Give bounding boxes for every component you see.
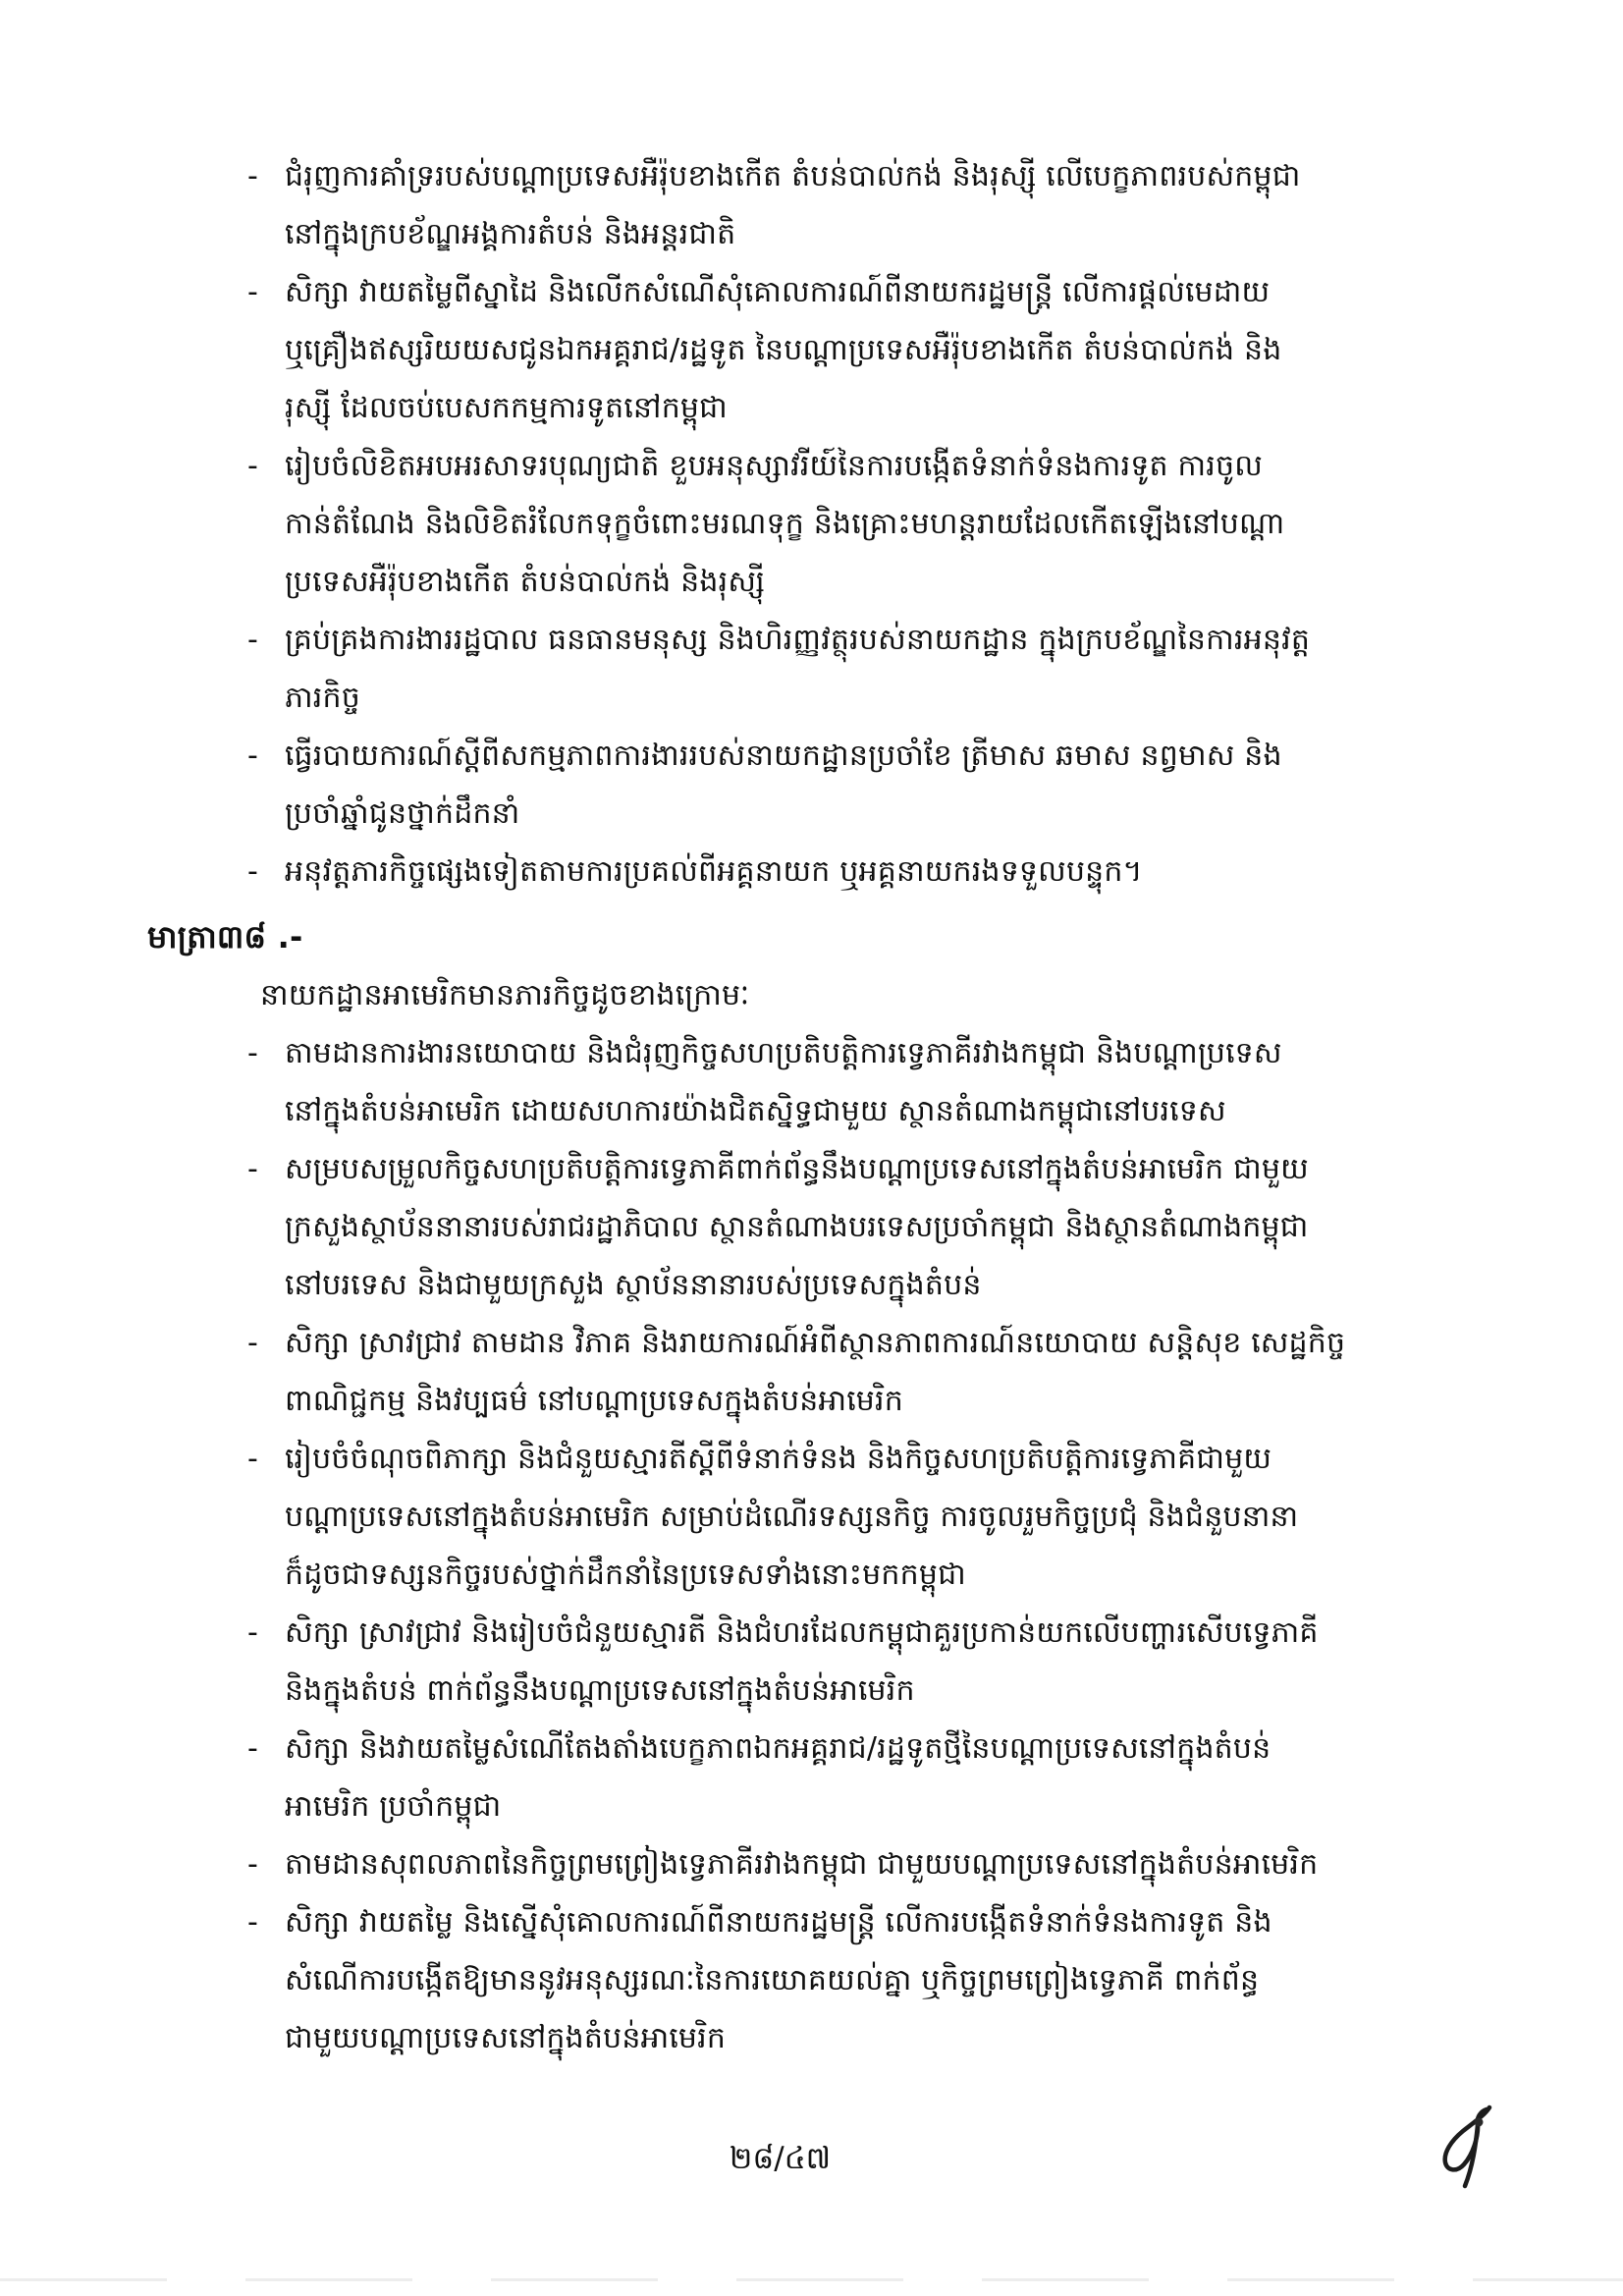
bullet-continuation-line: រុស្ស៊ី ដែលចប់បេសកកម្មការទូតនៅកម្ពុជា: [0, 379, 1623, 437]
bullet-marker: -: [247, 1604, 285, 1662]
bullet-continuation-line: ប្រទេសអឺរ៉ុបខាងកើត តំបន់បាល់កង់ និងរុស្ស…: [0, 553, 1623, 611]
bullet-continuation-line: ឬគ្រឿងឥស្សរិយយសជូនឯកអគ្គរាជ/រដ្ឋទូត នៃបណ…: [0, 321, 1623, 379]
bullet-marker: -: [247, 611, 285, 669]
bullet-item: -សិក្សា វាយតម្លៃ និងស្នើសុំគោលការណ៍ពីនាយ…: [0, 1893, 1623, 1951]
bullet-line-text: សិក្សា ស្រាវជ្រាវ និងរៀបចំជំនួយស្មារតី ន…: [285, 1615, 1319, 1650]
bullet-item: -សិក្សា ស្រាវជ្រាវ និងរៀបចំជំនួយស្មារតី …: [0, 1604, 1623, 1662]
bullet-line-text: តាមដានការងារនយោបាយ និងជំរុញកិច្ចសហប្រតិប…: [285, 1036, 1282, 1070]
bullet-continuation-line: និងក្នុងតំបន់ ពាក់ព័ន្ធនឹងបណ្តាប្រទេសនៅក…: [0, 1662, 1623, 1720]
bullet-marker: -: [247, 263, 285, 321]
bullet-item: -គ្រប់គ្រងការងាររដ្ឋបាល ធនធានមនុស្ស និងហ…: [0, 611, 1623, 669]
bullet-marker: -: [247, 1024, 285, 1082]
bullet-continuation-line: នៅក្នុងតំបន់អាមេរិក ដោយសហការយ៉ាងជិតស្និទ…: [0, 1082, 1623, 1140]
bullet-line-text: សិក្សា វាយតម្លៃ និងស្នើសុំគោលការណ៍ពីនាយក…: [285, 1905, 1272, 1940]
bullet-continuation-line: នៅក្នុងក្របខ័ណ្ឌអង្គការតំបន់ និងអន្តរជាត…: [0, 205, 1623, 263]
bullet-line-text: ធ្វើរបាយការណ៍ស្តីពីសកម្មភាពការងាររបស់នាយ…: [285, 738, 1282, 773]
bullet-marker: -: [247, 1893, 285, 1951]
bullet-item: -សិក្សា ស្រាវជ្រាវ តាមដាន វិភាគ និងរាយកា…: [0, 1314, 1623, 1372]
bullet-marker: -: [247, 727, 285, 785]
bullet-continuation-line: សំណើការបង្កើតឱ្យមាននូវអនុស្សរណៈនៃការយោគយ…: [0, 1951, 1623, 2009]
bullet-marker: -: [247, 1835, 285, 1893]
bullet-continuation-line: ប្រចាំឆ្នាំជូនថ្នាក់ដឹកនាំ: [0, 785, 1623, 843]
bullet-line-text: រៀបចំចំណុចពិភាក្សា និងជំនួយស្មារតីស្តីពី…: [285, 1442, 1271, 1476]
bullet-item: -រៀបចំចំណុចពិភាក្សា និងជំនួយស្មារតីស្តីព…: [0, 1430, 1623, 1488]
bullet-continuation-line: ក្រសួងស្ថាប័ននានារបស់រាជរដ្ឋាភិបាល ស្ថាន…: [0, 1198, 1623, 1256]
bullet-marker: -: [247, 1140, 285, 1198]
bullet-continuation-line: នៅបរទេស និងជាមួយក្រសួង ស្ថាប័ននានារបស់ប្…: [0, 1256, 1623, 1314]
bullet-item: -តាមដានការងារនយោបាយ និងជំរុញកិច្ចសហប្រតិ…: [0, 1024, 1623, 1082]
bullet-marker: -: [247, 1430, 285, 1488]
bullet-marker: -: [247, 147, 285, 205]
bullet-item: -តាមដានសុពលភាពនៃកិច្ចព្រមព្រៀងទ្វេភាគីរវ…: [0, 1835, 1623, 1893]
bullet-line-text: ជំរុញការគាំទ្ររបស់បណ្តាប្រទេសអឺរ៉ុបខាងកើ…: [285, 159, 1301, 193]
bullet-item: -ធ្វើរបាយការណ៍ស្តីពីសកម្មភាពការងាររបស់នា…: [0, 727, 1623, 785]
bullet-line-text: អនុវត្តភារកិច្ចផ្សេងទៀតតាមការប្រគល់ពីអគ្…: [285, 854, 1143, 889]
bullet-line-text: សិក្សា វាយតម្លៃពីស្នាដៃ និងលើកសំណើសុំគោល…: [285, 275, 1270, 309]
scan-artifact-line: [0, 2278, 1623, 2281]
bullet-item: -សិក្សា និងវាយតម្លៃសំណើតែងតាំងបេក្ខភាពឯក…: [0, 1720, 1623, 1777]
intro-line: នាយកដ្ឋានអាមេរិកមានភារកិច្ចដូចខាងក្រោមៈ: [0, 966, 1623, 1024]
bullet-line-text: តាមដានសុពលភាពនៃកិច្ចព្រមព្រៀងទ្វេភាគីរវា…: [285, 1847, 1318, 1882]
article-heading: មាត្រា៣៨ .-: [0, 908, 1623, 966]
bullet-item: -ជំរុញការគាំទ្ររបស់បណ្តាប្រទេសអឺរ៉ុបខាងក…: [0, 147, 1623, 205]
bullet-item: -រៀបចំលិខិតអបអរសាទរបុណ្យជាតិ ខួបអនុស្សាវ…: [0, 437, 1623, 495]
bullet-continuation-line: កាន់តំណែង និងលិខិតរំលែកទុក្ខចំពោះមរណទុក្…: [0, 495, 1623, 553]
bullet-marker: -: [247, 437, 285, 495]
bullet-line-text: សម្របសម្រួលកិច្ចសហប្រតិបត្តិការទ្វេភាគីព…: [285, 1152, 1309, 1186]
bullet-continuation-line: ជាមួយបណ្តាប្រទេសនៅក្នុងតំបន់អាមេរិក: [0, 2009, 1623, 2067]
bullet-continuation-line: ពាណិជ្ជកម្ម និងវប្បធម៌ នៅបណ្តាប្រទេសក្នុ…: [0, 1372, 1623, 1430]
bullet-line-text: គ្រប់គ្រងការងាររដ្ឋបាល ធនធានមនុស្ស និងហិ…: [285, 623, 1310, 657]
bullet-item: -អនុវត្តភារកិច្ចផ្សេងទៀតតាមការប្រគល់ពីអគ…: [0, 843, 1623, 901]
bullet-marker: -: [247, 1314, 285, 1372]
bullet-continuation-line: ភារកិច្ច: [0, 669, 1623, 727]
signature-mark-icon: [1435, 2102, 1496, 2192]
bullet-line-text: សិក្សា ស្រាវជ្រាវ តាមដាន វិភាគ និងរាយការ…: [285, 1326, 1345, 1360]
bullet-item: -សិក្សា វាយតម្លៃពីស្នាដៃ និងលើកសំណើសុំគោ…: [0, 263, 1623, 321]
bullet-line-text: រៀបចំលិខិតអបអរសាទរបុណ្យជាតិ ខួបអនុស្សាវរ…: [285, 449, 1263, 483]
bullet-line-text: សិក្សា និងវាយតម្លៃសំណើតែងតាំងបេក្ខភាពឯកអ…: [285, 1731, 1271, 1766]
page-number: ២៨/៤៧: [0, 2139, 1592, 2178]
document-text: -ជំរុញការគាំទ្ររបស់បណ្តាប្រទេសអឺរ៉ុបខាងក…: [0, 147, 1623, 2067]
scanned-page: -ជំរុញការគាំទ្ររបស់បណ្តាប្រទេសអឺរ៉ុបខាងក…: [0, 0, 1623, 2296]
bullet-continuation-line: ក៏ដូចជាទស្សនកិច្ចរបស់ថ្នាក់ដឹកនាំនៃប្រទេ…: [0, 1546, 1623, 1604]
bullet-marker: -: [247, 1720, 285, 1777]
bullet-continuation-line: អាមេរិក ប្រចាំកម្ពុជា: [0, 1777, 1623, 1835]
bullet-item: -សម្របសម្រួលកិច្ចសហប្រតិបត្តិការទ្វេភាគី…: [0, 1140, 1623, 1198]
bullet-continuation-line: បណ្តាប្រទេសនៅក្នុងតំបន់អាមេរិក សម្រាប់ដំ…: [0, 1488, 1623, 1546]
bullet-marker: -: [247, 843, 285, 901]
